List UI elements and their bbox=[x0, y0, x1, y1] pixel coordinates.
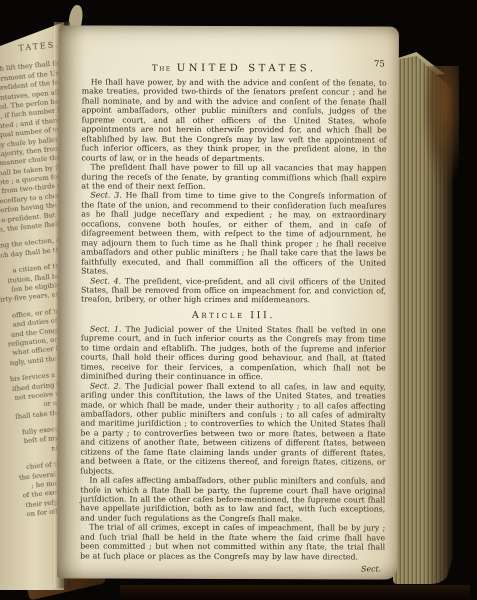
section-label: Sect. 3. bbox=[90, 191, 125, 200]
running-header-title: UNITED STATES. bbox=[177, 63, 317, 74]
fore-edge-damage-spot bbox=[423, 66, 459, 184]
paragraph: Sect. 3. He ſhall from time to time give… bbox=[81, 191, 386, 277]
paragraph: The preſident ſhall have power to fill u… bbox=[81, 163, 386, 192]
paragraph: Sect. 2. The Judicial power ſhall extend… bbox=[80, 381, 385, 477]
paragraph: Sect. 1. The Judicial power of the Unite… bbox=[81, 324, 386, 382]
section-label: Sect. 4. bbox=[90, 276, 125, 285]
catchword: Sect. bbox=[80, 564, 385, 574]
running-header: TheUNITED STATES. 75 bbox=[82, 55, 387, 72]
paragraph: He ſhall have power, by and with the adv… bbox=[81, 77, 386, 163]
article-heading: Article III. bbox=[81, 309, 386, 321]
paragraph: The trial of all crimes, except in caſes… bbox=[80, 523, 385, 562]
paragraph: Sect. 4. The preſident, vice-preſident, … bbox=[81, 276, 386, 305]
page-text-block: TheUNITED STATES. 75 He ſhall have power… bbox=[80, 55, 387, 573]
body-paragraphs: He ſhall have power, by and with the adv… bbox=[80, 77, 387, 561]
page-number: 75 bbox=[374, 60, 385, 70]
right-page: TheUNITED STATES. 75 He ſhall have power… bbox=[57, 25, 399, 579]
section-label: Sect. 2. bbox=[90, 381, 125, 390]
paragraph: In all caſes affecting ambaſſadors, othe… bbox=[80, 476, 385, 524]
section-label: Sect. 1. bbox=[90, 324, 126, 333]
running-header-the: The bbox=[152, 64, 172, 74]
shelf-shadow bbox=[120, 585, 470, 600]
book-photo-scene: TATES. hich liſt they ſhall ſiggovernmen… bbox=[0, 0, 477, 600]
